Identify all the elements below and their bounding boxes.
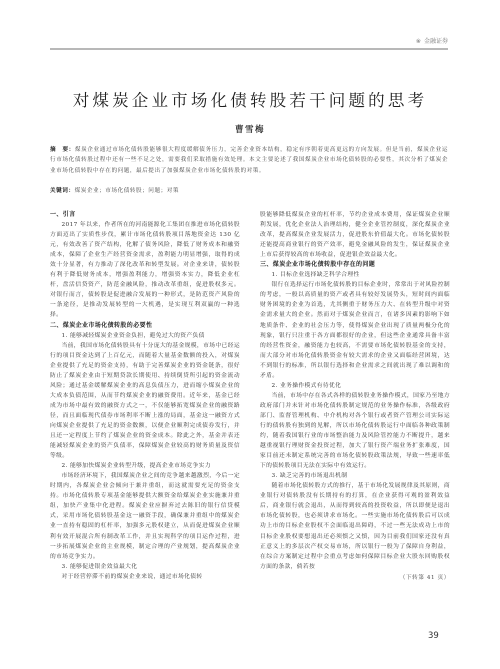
keywords-label: 关键词： [50,188,75,194]
paragraph: 市场经济环境下，我国煤炭企业之间的竞争越来越激烈，今后一定时期内，各煤炭企业会倾… [50,471,240,561]
abstract-label: 摘 要： [50,147,75,153]
subsection-heading: 1. 能够减轻煤炭企业资金负担，避免过大的资产负债 [50,331,240,341]
flower-logo-icon: ❀ [416,38,421,45]
journal-section-header: ❀金融证券 [50,36,448,48]
paragraph: 股能够降低煤炭企业的杠杆率，节约企业成本费用，保证煤炭企业顺利发展，优化企业法人… [260,210,450,260]
section-heading-necessity: 二、煤炭企业市场化债转股的必要性 [50,321,240,331]
subsection-heading: 3. 能够促进银企效益最大化 [50,562,240,572]
keywords-text: 煤炭企业；市场化债转股；问题；对策 [75,188,179,194]
article-title: 对煤炭企业市场化债转股若干问题的思考 [0,87,500,111]
page-number: 39 [428,631,439,641]
subsection-heading: 1. 目标企业选择缺乏科学合理性 [260,270,450,280]
abstract-text: 煤炭企业通过市场化债转股能够很大程度缓解债务压力，完善企业资本结构，稳定有序朝着… [50,147,448,174]
keywords: 关键词：煤炭企业；市场化债转股；问题；对策 [50,186,448,196]
subsection-heading: 2. 能够加快煤炭企业转型升级，提高企业市场竞争实力 [50,461,240,471]
abstract: 摘 要：煤炭企业通过市场化债转股能够很大程度缓解债务压力，完善企业资本结构，稳定… [50,145,448,176]
right-column: 股能够降低煤炭企业的杠杆率，节约企业成本费用，保证煤炭企业顺利发展，优化企业法人… [260,210,450,583]
subsection-heading: 3. 缺乏完善的市场退出机制 [260,471,450,481]
paragraph: 当前，我国市场化债转股具有十分庞大的基金规模，市场中已经运行的项目资金达到了上百… [50,341,240,462]
paragraph: 当前，市场中存在各式各样的债转股业务操作模式，国家乃至地方政府部门并未针对市场化… [260,391,450,471]
article-author: 曹雪梅 [0,123,500,135]
paragraph: 随着市场化债转股方式的推行，基于市场化发展规律及其原则，商业银行对债转股没有长期… [260,481,450,571]
continued-on-page-note: （下转第 41 页） [260,573,450,583]
left-column: 一、引言 2017 年以来，作者所在的河南能源化工集团在推进市场化债转股方面迈出… [50,210,240,582]
subsection-heading: 2. 业务操作模式有待优化 [260,381,450,391]
section-heading-problems: 三、煤炭企业市场化债转股中存在的问题 [260,260,450,270]
paragraph: 2017 年以来，作者所在的河南能源化工集团在推进市场化债转股方面迈出了实质性步… [50,220,240,320]
paragraph: 对于经营停滞不前的煤炭企业来说，通过市场化债转 [50,572,240,582]
section-heading-introduction: 一、引言 [50,210,240,220]
header-divider [50,48,448,50]
section-label: 金融证券 [424,38,448,45]
paragraph: 银行在选择运行市场化债转股的目标企业时，常常出于对风险控制的考虑，一般以高质量的… [260,280,450,380]
